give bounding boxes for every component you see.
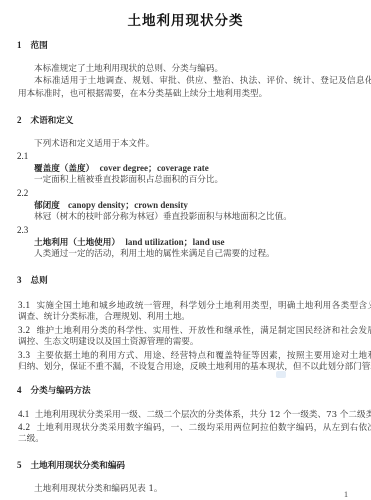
- clause-3-3-line-1: 3.3 主要依据土地的利用方式、用途、经营特点和覆盖特征等因素，按照主要用途对土…: [18, 350, 371, 362]
- section-3-heading: 3 总则: [17, 275, 48, 287]
- term-2-1-number: 2.1: [17, 151, 28, 162]
- term-2-2: 郁闭度 canopy density；crown density: [34, 200, 188, 212]
- clause-4-1: 4.1 土地利用现状分类采用一级、二级二个层次的分类体系，共分 12 个一级类、…: [18, 409, 371, 421]
- clause-text: 维护土地利用分类的科学性、实用性、开放性和继承性，满足制定国民经济和社会发展计划…: [36, 326, 371, 336]
- clause-number: 4.1: [18, 409, 29, 419]
- section-title: 总则: [30, 276, 47, 286]
- term-english: canopy density；crown density: [68, 200, 188, 210]
- term-english: cover degree；coverage rate: [100, 163, 209, 173]
- clause-3-2-line-1: 3.2 维护土地利用分类的科学性、实用性、开放性和继承性，满足制定国民经济和社会…: [18, 325, 371, 337]
- clause-3-2-line-2: 调控、生态文明建设以及国土资源管理的需要。: [18, 337, 198, 348]
- clause-number: 3.1: [18, 300, 30, 310]
- clause-number: 3.3: [18, 350, 30, 360]
- section-number: 5: [17, 460, 22, 470]
- clause-3-1-line-1: 3.1 实施全国土地和城乡地政统一管理，科学划分土地利用类型，明确土地利用各类型…: [18, 300, 371, 312]
- clause-number: 3.2: [18, 325, 30, 335]
- page-number: 1: [344, 490, 348, 499]
- term-2-1-definition: 一定面积上植被垂直投影面积占总面积的百分比。: [34, 175, 223, 186]
- term-2-3-number: 2.3: [17, 225, 28, 236]
- section-5-heading: 5 土地利用现状分类和编码: [17, 460, 125, 472]
- term-2-2-number: 2.2: [17, 188, 28, 199]
- section-title: 范围: [30, 41, 47, 51]
- term-chinese: 郁闭度: [34, 201, 60, 211]
- section-number: 3: [17, 275, 22, 285]
- clause-3-1-line-2: 调查、统计分类标准，合理规划、利用土地。: [18, 312, 190, 323]
- section-2-intro: 下列术语和定义适用于本文件。: [34, 139, 154, 150]
- clause-text: 实施全国土地和城乡地政统一管理，科学划分土地利用类型，明确土地利用各类型含义，统…: [36, 301, 371, 311]
- clause-number: 4.2: [18, 422, 30, 432]
- section-title: 土地利用现状分类和编码: [30, 461, 125, 471]
- section-number: 2: [17, 115, 22, 125]
- document-title: 土地利用现状分类: [0, 9, 371, 29]
- section-number: 4: [17, 385, 22, 395]
- scan-artifact: [276, 371, 286, 378]
- section-1-paragraph-1: 本标准规定了土地利用现状的总则、分类与编码。: [34, 64, 223, 75]
- term-2-2-definition: 林冠（树木的枝叶部分称为林冠）垂直投影面积与林地面积之比值。: [34, 212, 292, 223]
- section-title: 术语和定义: [30, 116, 73, 126]
- clause-4-2-line-1: 4.2 土地利用现状分类采用数字编码，一、二级均采用两位阿拉伯数字编码，从左到右…: [18, 422, 371, 434]
- section-1-paragraph-2-line-1: 本标准适用于土地调查、规划、审批、供应、整治、执法、评价、统计、登记及信息化管理…: [34, 76, 371, 87]
- term-2-3: 土地利用（土地使用） land utilization；land use: [34, 237, 224, 249]
- section-2-heading: 2 术语和定义: [17, 115, 73, 127]
- section-5-paragraph: 土地利用现状分类和编码见表 1。: [34, 484, 163, 495]
- section-1-heading: 1 范围: [17, 40, 48, 52]
- term-chinese: 土地利用（土地使用）: [34, 238, 120, 248]
- clause-text: 主要依据土地的利用方式、用途、经营特点和覆盖特征等因素，按照主要用途对土地利用类…: [36, 351, 371, 361]
- clause-text: 土地利用现状分类采用数字编码，一、二级均采用两位阿拉伯数字编码，从左到右依次代表…: [36, 423, 371, 433]
- term-chinese: 覆盖度（盖度）: [34, 164, 94, 174]
- section-title: 分类与编码方法: [30, 386, 90, 396]
- term-english: land utilization；land use: [125, 237, 224, 247]
- term-2-1: 覆盖度（盖度） cover degree；coverage rate: [34, 163, 209, 175]
- section-number: 1: [17, 40, 22, 50]
- clause-3-3-line-2: 归纳、划分，保证不重不漏，不设复合用途，反映土地利用的基本现状，但不以此划分部门…: [18, 362, 371, 373]
- section-1-paragraph-2-line-2: 用本标准时，也可根据需要，在本分类基础上续分土地利用类型。: [18, 89, 267, 100]
- term-2-3-definition: 人类通过一定的活动，利用土地的属性来满足自己需要的过程。: [34, 249, 275, 260]
- section-4-heading: 4 分类与编码方法: [17, 385, 91, 397]
- clause-4-2-line-2: 二级。: [18, 434, 44, 445]
- clause-text: 土地利用现状分类采用一级、二级二个层次的分类体系，共分 12 个一级类、73 个…: [35, 410, 371, 420]
